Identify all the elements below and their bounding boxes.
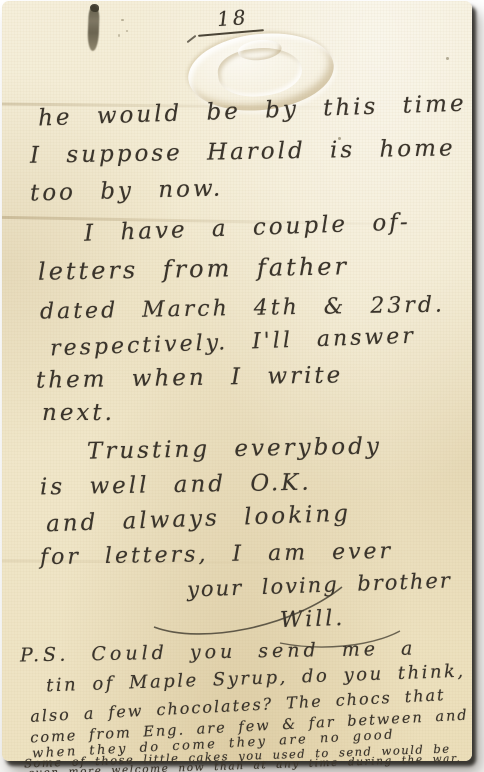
letter-line: is well and O.K.: [40, 470, 312, 501]
letter-line: next.: [42, 400, 115, 426]
scan-background: 18 he would be by this time I suppose Ha…: [0, 0, 484, 772]
ink-smudge-blot: [90, 4, 99, 12]
letter-line: I suppose Harold is home: [30, 135, 456, 168]
letter-line: Trusting everybody: [87, 433, 382, 464]
closing-line: your loving brother: [187, 568, 453, 601]
page-number: 18: [216, 5, 249, 31]
letter-page: 18 he would be by this time I suppose Ha…: [2, 1, 472, 761]
letter-line: them when I write: [36, 362, 344, 393]
letter-line: I have a couple of-: [84, 209, 411, 246]
postscript-line: P.S. Could you send me a: [20, 638, 417, 667]
letter-line: dated March 4th & 23rd.: [40, 292, 445, 324]
signature-name: Will.: [280, 606, 346, 633]
ink-speck: [446, 57, 449, 60]
letter-line: too by now.: [30, 175, 224, 206]
letter-line: respectively. I'll answer: [50, 324, 417, 362]
letter-line: and always looking: [46, 501, 352, 538]
page-number-underline-tick: [187, 35, 197, 43]
letter-line: letters from father: [38, 252, 349, 285]
ink-speck: [121, 19, 124, 21]
ink-speck: [126, 30, 128, 32]
ink-speck: [118, 34, 120, 37]
letter-line: for letters, I am ever: [40, 539, 393, 570]
